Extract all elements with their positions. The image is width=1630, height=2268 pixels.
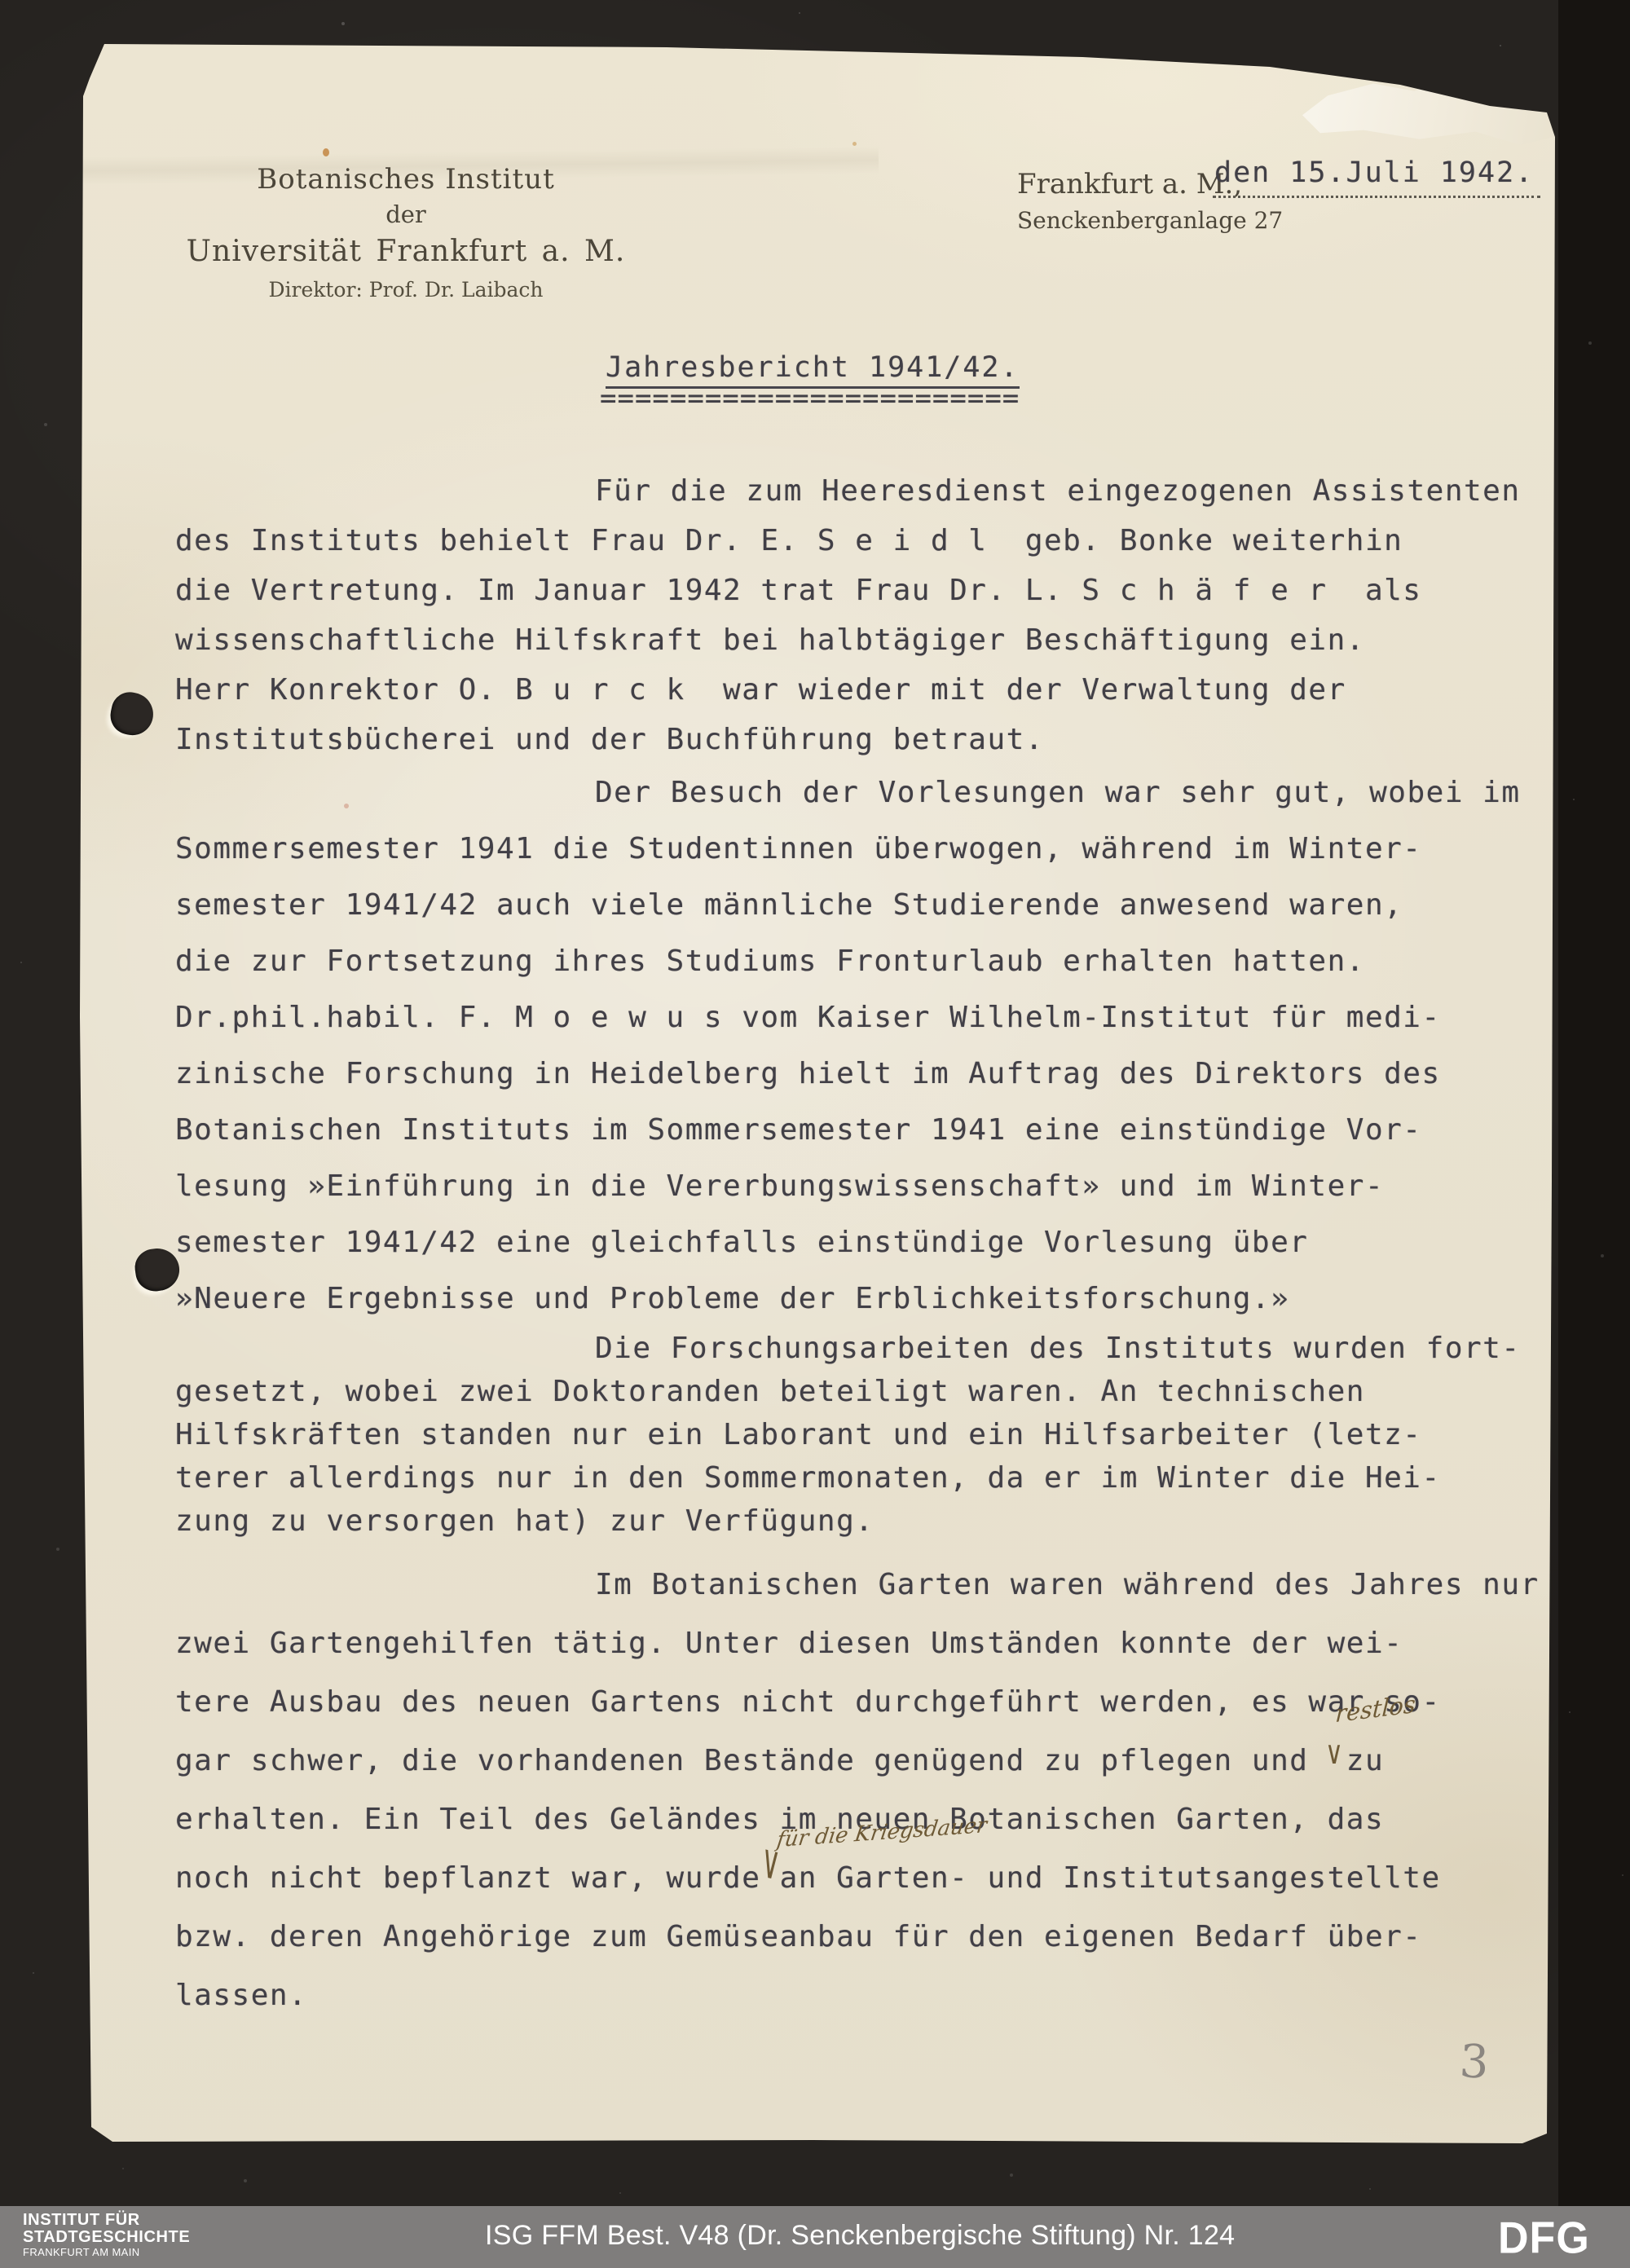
- body-line: bzw. deren Angehörige zum Gemüseanbau fü…: [175, 1908, 1561, 1966]
- body-line: lesung »Einführung in die Vererbungswiss…: [175, 1158, 1561, 1214]
- archive-caption: ISG FFM Best. V48 (Dr. Senckenbergische …: [485, 2220, 1235, 2252]
- body-line: lassen.: [175, 1966, 1561, 2025]
- insertion-caret-mark: ∨: [1325, 1735, 1343, 1773]
- paragraph: Für die zum Heeresdienst eingezogenen As…: [175, 466, 1561, 764]
- body-line: wissenschaftliche Hilfskraft bei halbtäg…: [175, 615, 1561, 665]
- body-line: zwei Gartengehilfen tätig. Unter diesen …: [175, 1614, 1561, 1673]
- report-title-rule: ========================: [600, 386, 1020, 411]
- body-line: Institutsbücherei und der Buchführung be…: [175, 715, 1561, 764]
- body-line: die zur Fortsetzung ihres Studiums Front…: [175, 933, 1561, 989]
- paragraph: Im Botanischen Garten waren während des …: [175, 1556, 1561, 2025]
- body-line: gesetzt, wobei zwei Doktoranden beteilig…: [175, 1370, 1561, 1413]
- scan-background: Botanisches Institut der Universität Fra…: [0, 0, 1630, 2268]
- letterhead-institute-line: der: [178, 200, 634, 228]
- body-line: noch nicht bepflanzt war, wurde an Garte…: [175, 1849, 1561, 1908]
- mat-right-strip: [1558, 0, 1630, 2206]
- body-line: gar schwer, die vorhandenen Bestände gen…: [175, 1732, 1561, 1790]
- letterhead-city: Frankfurt a. M.,: [1017, 168, 1242, 200]
- letterhead: Botanisches Institut der Universität Fra…: [178, 163, 634, 302]
- report-body: Für die zum Heeresdienst eingezogenen As…: [175, 466, 1561, 2025]
- footer-bar: INSTITUT FÜR STADTGESCHICHTE FRANKFURT A…: [0, 2206, 1630, 2268]
- dust-specks: [0, 0, 2, 2]
- body-line: Dr.phil.habil. F. M o e w u s vom Kaiser…: [175, 989, 1561, 1046]
- archive-logo-line: STADTGESCHICHTE: [23, 2229, 190, 2246]
- letterhead-institute-line: Universität Frankfurt a. M.: [178, 235, 634, 268]
- body-line: Der Besuch der Vorlesungen war sehr gut,…: [175, 764, 1561, 821]
- body-line: zinische Forschung in Heidelberg hielt i…: [175, 1046, 1561, 1102]
- letterhead-director-line: Direktor: Prof. Dr. Laibach: [178, 278, 634, 302]
- body-line: zung zu versorgen hat) zur Verfügung.: [175, 1500, 1561, 1543]
- body-line: Für die zum Heeresdienst eingezogenen As…: [175, 466, 1561, 516]
- handwritten-page-number: 3: [1458, 2035, 1490, 2090]
- body-line: semester 1941/42 eine gleichfalls einstü…: [175, 1214, 1561, 1271]
- archive-logo: INSTITUT FÜR STADTGESCHICHTE FRANKFURT A…: [23, 2212, 190, 2259]
- archive-logo-line: FRANKFURT AM MAIN: [23, 2246, 190, 2259]
- dfg-logo: DFG: [1498, 2213, 1590, 2264]
- archive-logo-line: INSTITUT FÜR: [23, 2212, 190, 2229]
- body-line: terer allerdings nur in den Sommermonate…: [175, 1456, 1561, 1500]
- document-page: Botanisches Institut der Universität Fra…: [80, 39, 1557, 2145]
- body-line: Im Botanischen Garten waren während des …: [175, 1556, 1561, 1614]
- body-line: Die Forschungsarbeiten des Instituts wur…: [175, 1327, 1561, 1370]
- letterhead-address: Senckenberganlage 27: [1017, 207, 1283, 234]
- body-line: semester 1941/42 auch viele männliche St…: [175, 877, 1561, 933]
- body-line: Herr Konrektor O. B u r c k war wieder m…: [175, 665, 1561, 715]
- body-line: Hilfskräften standen nur ein Laborant un…: [175, 1413, 1561, 1456]
- body-line: »Neuere Ergebnisse und Probleme der Erbl…: [175, 1271, 1561, 1327]
- typed-date: den 15.Juli 1942.: [1213, 156, 1540, 198]
- hole-punch-top: [107, 689, 157, 739]
- body-line: Sommersemester 1941 die Studentinnen übe…: [175, 821, 1561, 877]
- body-line: des Instituts behielt Frau Dr. E. S e i …: [175, 516, 1561, 566]
- paper-stain: [852, 142, 857, 146]
- body-line: Botanischen Instituts im Sommersemester …: [175, 1102, 1561, 1158]
- paper-stain: [323, 148, 329, 156]
- torn-corner: [1302, 70, 1557, 145]
- paragraph: Die Forschungsarbeiten des Instituts wur…: [175, 1327, 1561, 1543]
- letterhead-institute-line: Botanisches Institut: [178, 163, 634, 196]
- body-line: die Vertretung. Im Januar 1942 trat Frau…: [175, 566, 1561, 615]
- paragraph: Der Besuch der Vorlesungen war sehr gut,…: [175, 764, 1561, 1327]
